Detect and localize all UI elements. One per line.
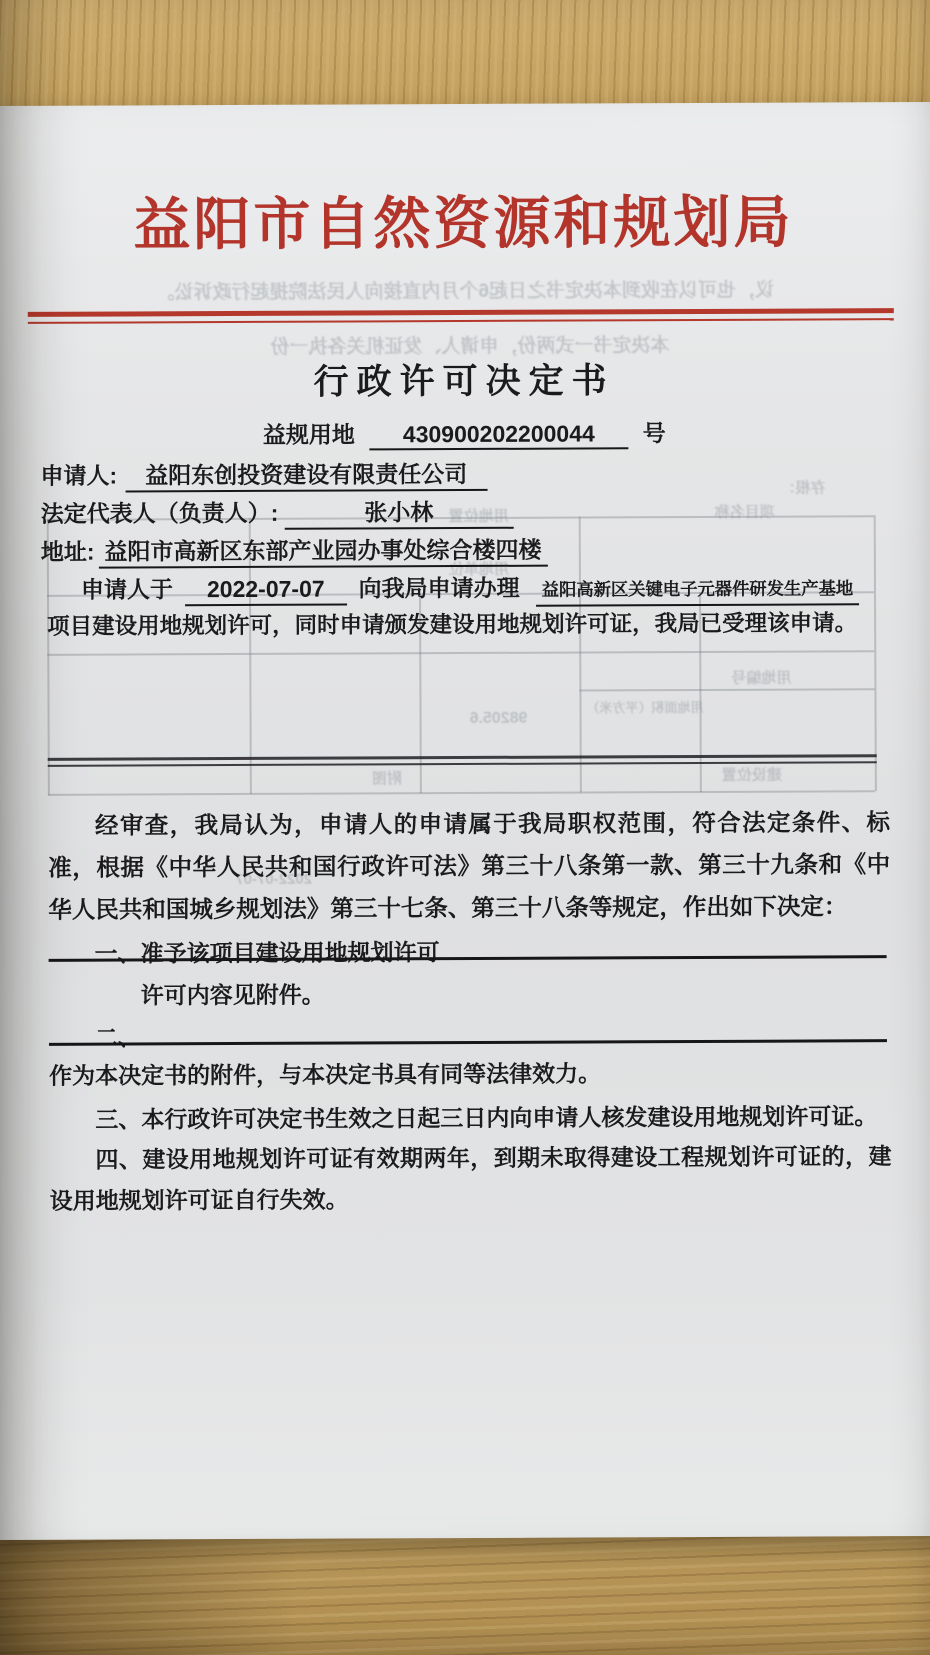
representative-value: 张小林 (284, 497, 513, 530)
ghost-grid-line (874, 515, 877, 791)
bleedthrough-map-label: 附图 (372, 767, 402, 788)
red-separator-line-thin (28, 318, 894, 324)
application-mid: 向我局申请办理 (359, 575, 520, 602)
applicant-value: 益阳东创投资建设有限责任公司 (125, 459, 487, 493)
document-number: 益规用地430900202200044号 (0, 414, 930, 452)
address-value: 益阳市高新区东部产业园办事处综合楼四楼 (98, 535, 547, 569)
thick-divider-line (48, 754, 877, 761)
applicant-label: 申请人: (40, 463, 117, 489)
bleedthrough-site-label: 建设位置 (722, 764, 782, 785)
field-row-representative: 法定代表人（负责人）:张小林 (41, 494, 514, 531)
decision-2-note: 作为本决定书的附件，与本决定书具有同等法律效力。 (49, 1052, 891, 1098)
bleedthrough-area-label: 用地面积（平方米） (591, 699, 703, 717)
agency-header: 益阳市自然资源和规划局 (0, 176, 930, 262)
decision-4: 四、建设用地规划许可证有效期两年，到期未取得建设工程规划许可证的，建设用地规划许… (49, 1136, 891, 1222)
field-row-applicant: 申请人:益阳东创投资建设有限责任公司 (40, 456, 487, 493)
bleedthrough-area-value: 98205.6 (470, 710, 528, 728)
bleedthrough-appeal-line: 议，也可以在收到本决定书之日起6个月内直接向人民法院提起行政诉讼。 (40, 274, 890, 305)
ghost-grid-line (47, 650, 874, 655)
application-date: 2022-07-07 (185, 574, 347, 607)
decision-1-note: 许可内容见附件。 (49, 972, 891, 1018)
bleedthrough-stub: 存根： (781, 476, 826, 497)
bleedthrough-code-label: 用地编号 (731, 667, 791, 688)
field-row-address: 地址:益阳市高新区东部产业园办事处综合楼四楼 (41, 532, 548, 569)
doc-number-value: 430900202200044 (369, 420, 629, 450)
document-title: 行政许可决定书 (0, 352, 930, 406)
review-paragraph: 经审查，我局认为，申请人的申请属于我局职权范围，符合法定条件、标准，根据《中华人… (48, 802, 891, 932)
decision-1: 一、准予该项目建设用地规划许可 (48, 930, 890, 976)
ghost-grid-line (48, 790, 875, 795)
red-separator-line (28, 308, 894, 317)
doc-number-suffix: 号 (643, 420, 666, 446)
application-pre: 申请人于 (81, 576, 173, 602)
address-label: 地址: (41, 539, 95, 565)
ghost-grid-line (579, 688, 874, 691)
decision-3: 三、本行政许可决定书生效之日起三日内向申请人核发建设用地规划许可证。 (49, 1096, 891, 1142)
ghost-grid-line (579, 516, 582, 792)
doc-number-prefix: 益规用地 (263, 421, 355, 447)
application-tail: 项目建设用地规划许可，同时申请颁发建设用地规划许可证，我局已受理该申请。 (47, 602, 857, 648)
photo-of-document: 益阳市自然资源和规划局 议，也可以在收到本决定书之日起6个月内直接向人民法院提起… (0, 0, 930, 1655)
document-paper: 益阳市自然资源和规划局 议，也可以在收到本决定书之日起6个月内直接向人民法院提起… (0, 102, 930, 1540)
representative-label: 法定代表人（负责人）: (41, 500, 279, 527)
bleedthrough-project-label: 项目名称 (715, 501, 775, 522)
